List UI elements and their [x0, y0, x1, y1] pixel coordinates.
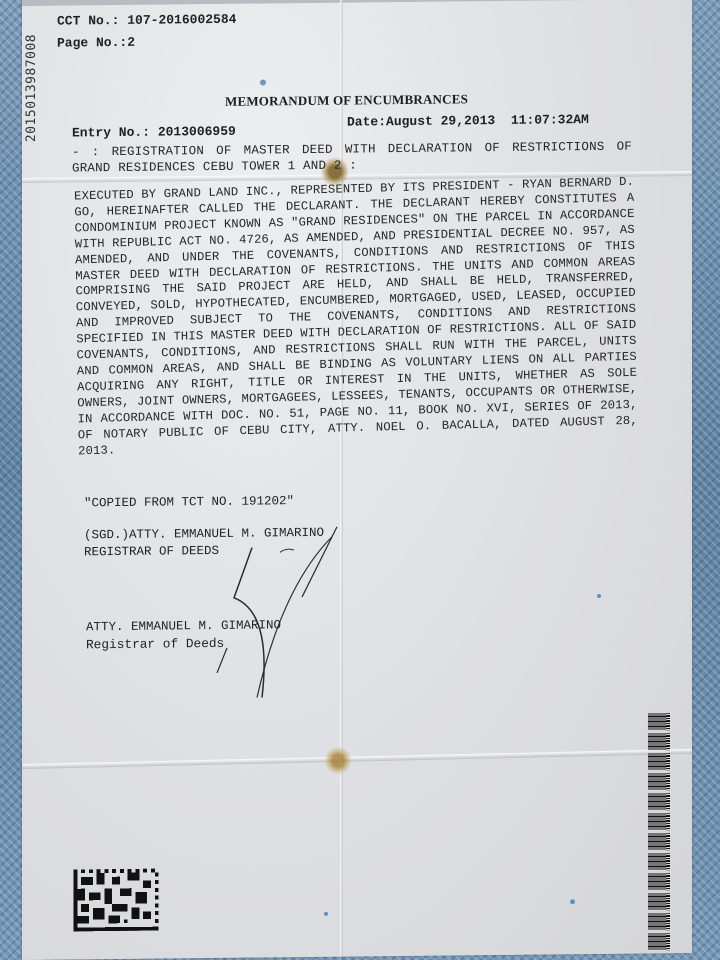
- datamatrix-code-icon: [72, 869, 160, 932]
- date-value: August 29,2013: [386, 113, 495, 129]
- entry-date: Date:August 29,2013 11:07:32AM: [347, 112, 589, 130]
- registration-line: - : REGISTRATION OF MASTER DEED WITH DEC…: [72, 139, 632, 177]
- barcode-icon: [648, 713, 674, 953]
- ink-dot: [324, 912, 328, 916]
- ink-dot: [570, 899, 575, 904]
- registrar-signature-block: ATTY. EMMANUEL M. GIMARINO Registrar of …: [86, 617, 281, 653]
- side-serial-number: 2015013987008: [24, 34, 39, 142]
- entry-label: Entry No.:: [72, 125, 150, 141]
- entry-number: Entry No.: 2013006959: [72, 124, 236, 141]
- document-page: 2015013987008 CCT No.: 107-2016002584 Pa…: [22, 0, 692, 960]
- page-number: Page No.:2: [57, 35, 135, 51]
- memorandum-body: EXECUTED BY GRAND LAND INC., REPRESENTED…: [74, 175, 638, 460]
- entry-value: 2013006959: [158, 124, 236, 140]
- registrar-role: Registrar of Deeds: [86, 634, 281, 653]
- registrar-name: ATTY. EMMANUEL M. GIMARINO: [86, 617, 281, 636]
- cct-number: CCT No.: 107-2016002584: [57, 12, 236, 29]
- ink-dot: [260, 79, 266, 85]
- page-value: 2: [127, 35, 135, 50]
- date-label: Date:: [347, 114, 386, 129]
- stain: [325, 747, 351, 775]
- cct-value: 107-2016002584: [127, 12, 236, 28]
- copied-from-note: "COPIED FROM TCT NO. 191202": [84, 494, 294, 510]
- signed-registrar-block: (SGD.)ATTY. EMMANUEL M. GIMARINO REGISTR…: [84, 525, 324, 562]
- ink-dot: [597, 594, 601, 598]
- fold-line: [22, 749, 692, 769]
- cct-label: CCT No.:: [57, 13, 119, 29]
- page-label: Page No.:: [57, 35, 127, 51]
- time-value: 11:07:32AM: [511, 112, 589, 128]
- document-title: MEMORANDUM OF ENCUMBRANCES: [225, 91, 468, 110]
- signed-registrar-name: (SGD.)ATTY. EMMANUEL M. GIMARINO: [84, 525, 324, 545]
- signed-registrar-role: REGISTRAR OF DEEDS: [84, 542, 324, 562]
